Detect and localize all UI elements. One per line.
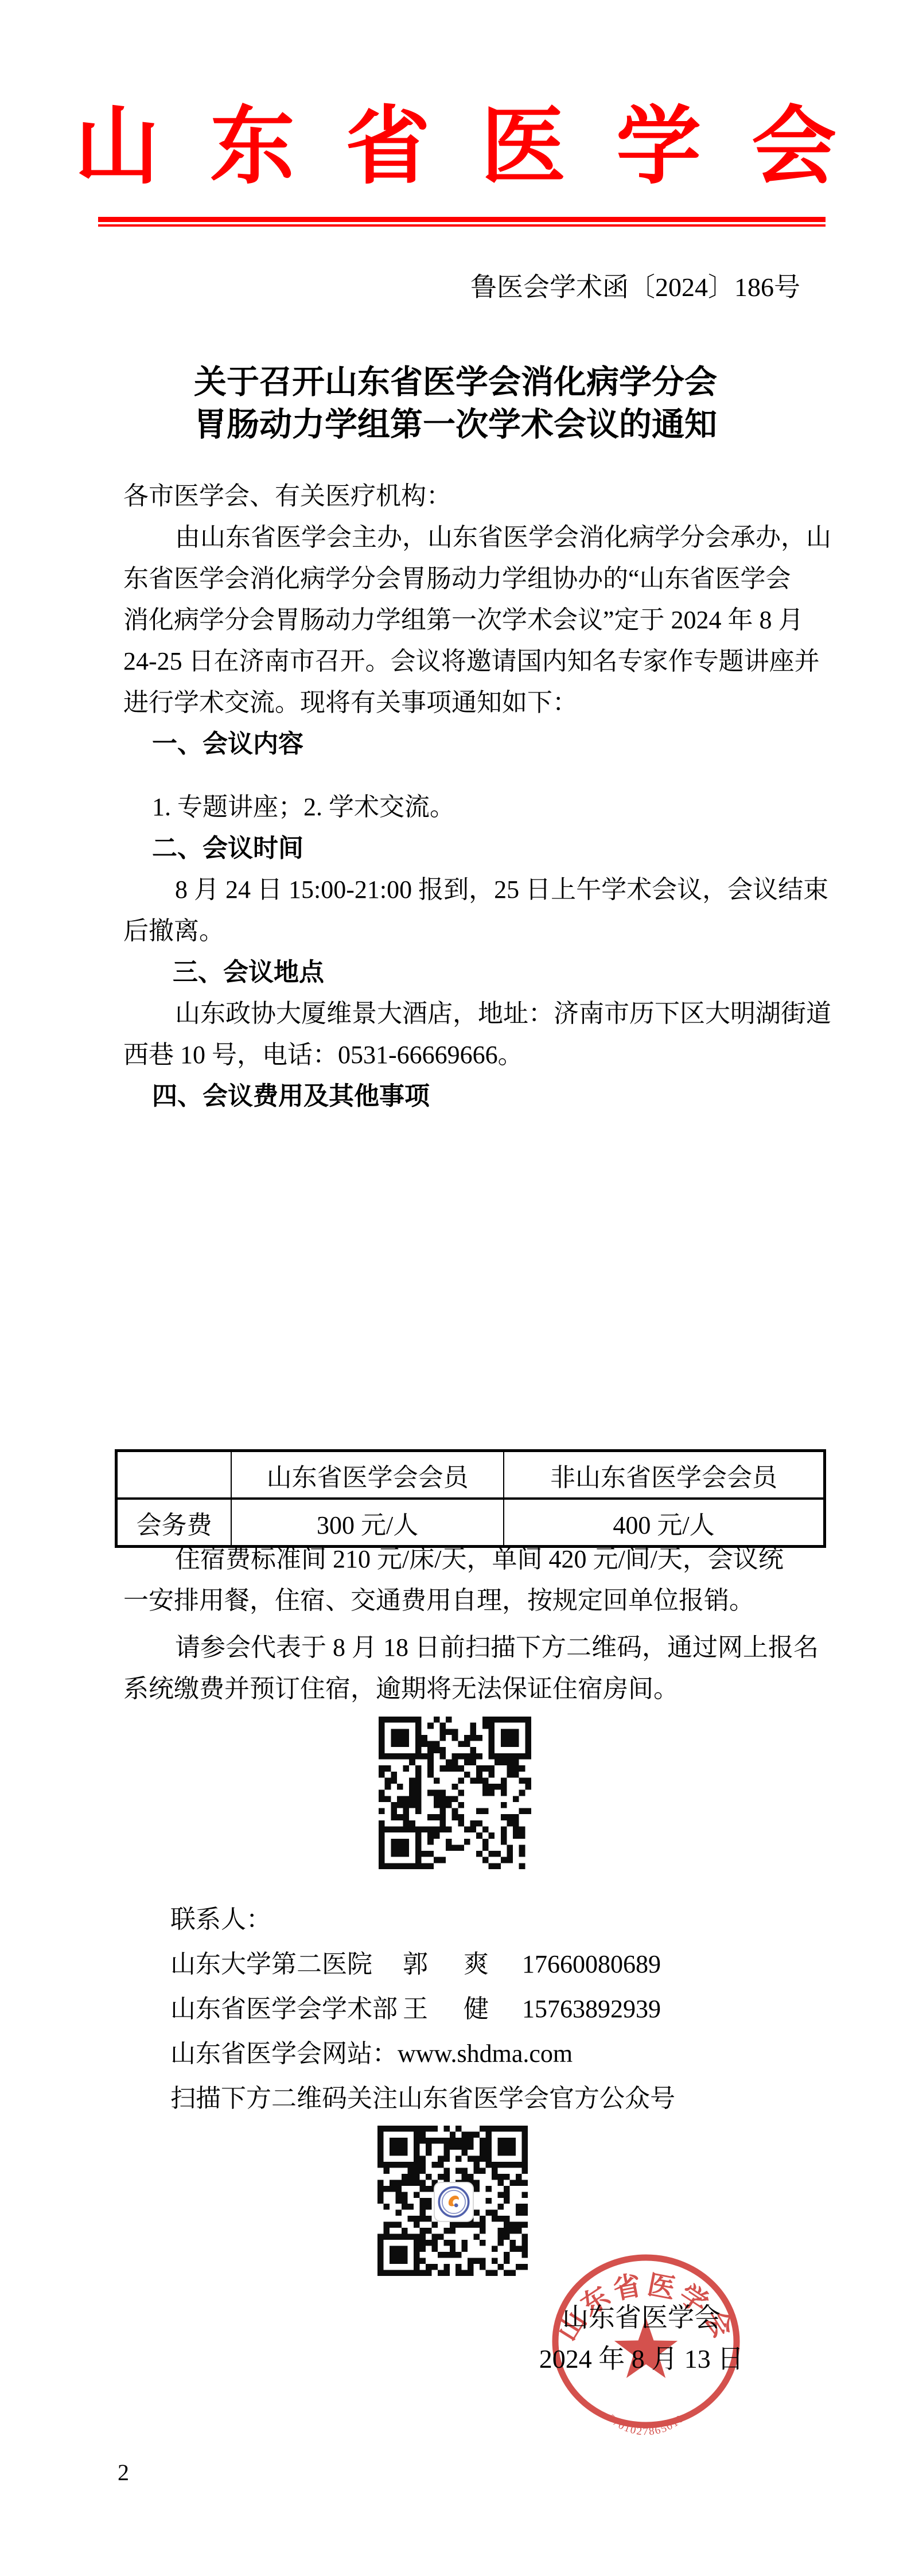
notice-body: 各市医学会、有关医疗机构： 由山东省医学会主办，山东省医学会消化病学分会承办，山… — [123, 476, 820, 1117]
fee-table-header-cell: 山东省医学会会员 — [231, 1451, 504, 1499]
fee-table-header-cell: 非山东省医学会会员 — [504, 1451, 824, 1499]
signature-date: 2024 年 8 月 13 日 — [539, 2338, 744, 2380]
section-heading-4: 四、会议费用及其他事项 — [123, 1076, 820, 1117]
notice-title-line2: 胃肠动力学组第一次学术会议的通知 — [0, 403, 911, 446]
section-3-line: 山东政协大厦维景大酒店，地址：济南市历下区大明湖街道 — [123, 993, 820, 1034]
notice-title: 关于召开山东省医学会消化病学分会 胃肠动力学组第一次学术会议的通知 — [0, 361, 911, 446]
contact-name: 郭 爽 — [403, 1942, 489, 1987]
salutation: 各市医学会、有关医疗机构： — [123, 476, 820, 517]
contact-phone: 15763892939 — [522, 1987, 661, 2032]
letterhead-divider-rule — [98, 217, 826, 227]
doc-number: 鲁医会学术函〔2024〕186号 — [470, 271, 800, 303]
registration-line: 请参会代表于 8 月 18 日前扫描下方二维码，通过网上报名 — [123, 1627, 820, 1668]
intro-line: 消化病学分会胃肠动力学组第一次学术会议”定于 2024 年 8 月 — [123, 600, 820, 641]
contact-phone: 17660080689 — [522, 1942, 661, 1987]
section-1-content: 1. 专题讲座；2. 学术交流。 — [123, 787, 820, 828]
contact-row: 山东省医学会学术部 王 健 15763892939 — [170, 1987, 824, 2032]
section-heading-3: 三、会议地点 — [123, 952, 820, 993]
signature-block: 山东省医学会 2024 年 8 月 13 日 — [539, 2297, 744, 2380]
registration-qr-code-icon — [379, 1717, 531, 1869]
page-number: 2 — [118, 2460, 129, 2485]
contact-name: 王 健 — [403, 1987, 489, 2032]
fee-table: 山东省医学会会员 非山东省医学会会员 会务费 300 元/人 400 元/人 — [115, 1449, 826, 1548]
section-2-line: 后撤离。 — [123, 910, 820, 952]
section-3-line: 西巷 10 号，电话：0531-66669666。 — [123, 1034, 820, 1076]
notice-title-line1: 关于召开山东省医学会消化病学分会 — [0, 361, 911, 403]
contacts-label: 联系人： — [170, 1897, 824, 1942]
notice-document-page: 山东省医学会 鲁医会学术函〔2024〕186号 关于召开山东省医学会消化病学分会… — [0, 0, 911, 2576]
section-heading-1: 一、会议内容 — [123, 723, 820, 765]
lodging-line: 一安排用餐，住宿、交通费用自理，按规定回单位报销。 — [123, 1580, 820, 1621]
section-2-line: 8 月 24 日 15:00-21:00 报到，25 日上午学术会议，会议结束 — [123, 869, 820, 910]
fee-table-header-row: 山东省医学会会员 非山东省医学会会员 — [116, 1451, 825, 1499]
contact-org: 山东大学第二医院 — [170, 1942, 403, 1987]
official-account-qr-caption: 扫描下方二维码关注山东省医学会官方公众号 — [170, 2076, 824, 2121]
lodging-line: 住宿费标准间 210 元/床/天，单间 420 元/间/天，会议统 — [123, 1539, 820, 1580]
association-logo-icon — [434, 2182, 474, 2222]
contact-org: 山东省医学会学术部 — [170, 1987, 403, 2032]
intro-line: 进行学术交流。现将有关事项通知如下： — [123, 682, 820, 723]
letterhead-org-title: 山东省医学会 — [0, 99, 911, 196]
contact-row: 山东大学第二医院 郭 爽 17660080689 — [170, 1942, 824, 1987]
intro-line: 东省医学会消化病学分会胃肠动力学组协办的“山东省医学会 — [123, 558, 820, 600]
fee-table-header-cell — [116, 1451, 232, 1499]
intro-line: 24-25 日在济南市召开。会议将邀请国内知名专家作专题讲座并 — [123, 641, 820, 682]
signature-org: 山东省医学会 — [539, 2297, 744, 2338]
official-account-qr-code-icon — [377, 2126, 528, 2276]
lodging-paragraph: 住宿费标准间 210 元/床/天，单间 420 元/间/天，会议统 一安排用餐，… — [123, 1539, 820, 1621]
registration-paragraph: 请参会代表于 8 月 18 日前扫描下方二维码，通过网上报名 系统缴费并预订住宿… — [123, 1627, 820, 1710]
intro-line: 由山东省医学会主办，山东省医学会消化病学分会承办，山 — [123, 517, 820, 558]
section-heading-2: 二、会议时间 — [123, 828, 820, 869]
website-line: 山东省医学会网站：www.shdma.com — [170, 2032, 824, 2076]
registration-line: 系统缴费并预订住宿，逾期将无法保证住宿房间。 — [123, 1668, 820, 1710]
contacts-block: 联系人： 山东大学第二医院 郭 爽 17660080689 山东省医学会学术部 … — [170, 1897, 824, 2121]
